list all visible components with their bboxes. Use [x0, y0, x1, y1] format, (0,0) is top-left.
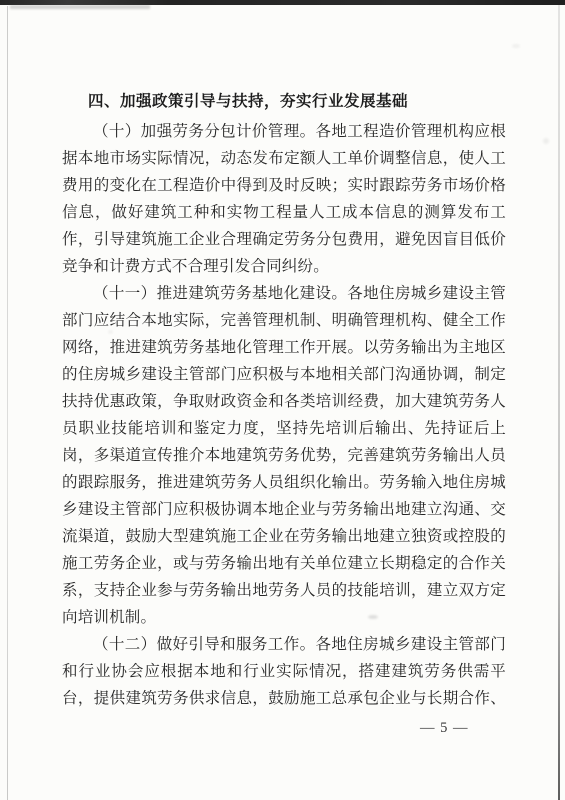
- text-line: 竞争和计费方式不合理引发合同纠纷。: [62, 253, 506, 280]
- text-line: 和行业协会应根据本地和行业实际情况，搭建建筑劳务供需平: [62, 658, 506, 685]
- scan-edge-left: [7, 6, 8, 800]
- text-line: 作，引导建筑施工企业合理确定劳务分包费用，避免因盲目低价: [62, 226, 506, 253]
- text-line: 部门应结合本地实际，完善管理机制、明确管理机构、健全工作: [62, 307, 506, 334]
- text-line: 网络，推进建筑劳务基地化管理工作开展。以劳务输出为主地区: [62, 334, 506, 361]
- text-line: 扶持优惠政策，争取财政资金和各类培训经费，加大建筑劳务人: [62, 388, 506, 415]
- text-line: 岗，多渠道宣传推介本地建筑劳务优势，完善建筑劳务输出人员: [62, 442, 506, 469]
- text-line: 流渠道，鼓励大型建筑施工企业在劳务输出地建立独资或控股的: [62, 523, 506, 550]
- scan-edge-top-shadow: [10, 5, 150, 9]
- text-line: （十）加强劳务分包计价管理。各地工程造价管理机构应根: [62, 118, 506, 145]
- paragraph-lines: （十）加强劳务分包计价管理。各地工程造价管理机构应根 据本地市场实际情况，动态发…: [62, 118, 506, 712]
- text-line: 信息，做好建筑工种和实物工程量人工成本信息的测算发布工: [62, 199, 506, 226]
- text-line: 员职业技能培训和鉴定力度，坚持先培训后输出、先持证后上: [62, 415, 506, 442]
- text-line: 施工劳务企业，或与劳务输出地有关单位建立长期稳定的合作关: [62, 550, 506, 577]
- text-line: 台，提供建筑劳务供求信息，鼓励施工总承包企业与长期合作、: [62, 685, 506, 712]
- text-line: 乡建设主管部门应积极协调本地企业与劳务输出地建立沟通、交: [62, 496, 506, 523]
- document-body: 四、加强政策引导与扶持，夯实行业发展基础 （十）加强劳务分包计价管理。各地工程造…: [62, 88, 506, 712]
- scanned-document-page: 四、加强政策引导与扶持，夯实行业发展基础 （十）加强劳务分包计价管理。各地工程造…: [0, 0, 565, 800]
- text-line: 据本地市场实际情况，动态发布定额人工单价调整信息，使人工: [62, 145, 506, 172]
- section-heading: 四、加强政策引导与扶持，夯实行业发展基础: [62, 88, 506, 118]
- text-line: 的住房城乡建设主管部门应积极与本地相关部门沟通协调，制定: [62, 361, 506, 388]
- text-line: 系，支持企业参与劳务输出地劳务人员的技能培训，建立双方定: [62, 577, 506, 604]
- page-number: — 5 —: [420, 717, 480, 739]
- scan-artifact: [543, 138, 549, 144]
- scan-artifact: [512, 44, 520, 48]
- text-line: （十一）推进建筑劳务基地化建设。各地住房城乡建设主管: [62, 280, 506, 307]
- text-line: 向培训机制。: [62, 604, 506, 631]
- text-line: （十二）做好引导和服务工作。各地住房城乡建设主管部门: [62, 631, 506, 658]
- text-line: 费用的变化在工程造价中得到及时反映；实时跟踪劳务市场价格: [62, 172, 506, 199]
- text-line: 的跟踪服务，推进建筑劳务人员组织化输出。劳务输入地住房城: [62, 469, 506, 496]
- scan-edge-right: [558, 5, 560, 800]
